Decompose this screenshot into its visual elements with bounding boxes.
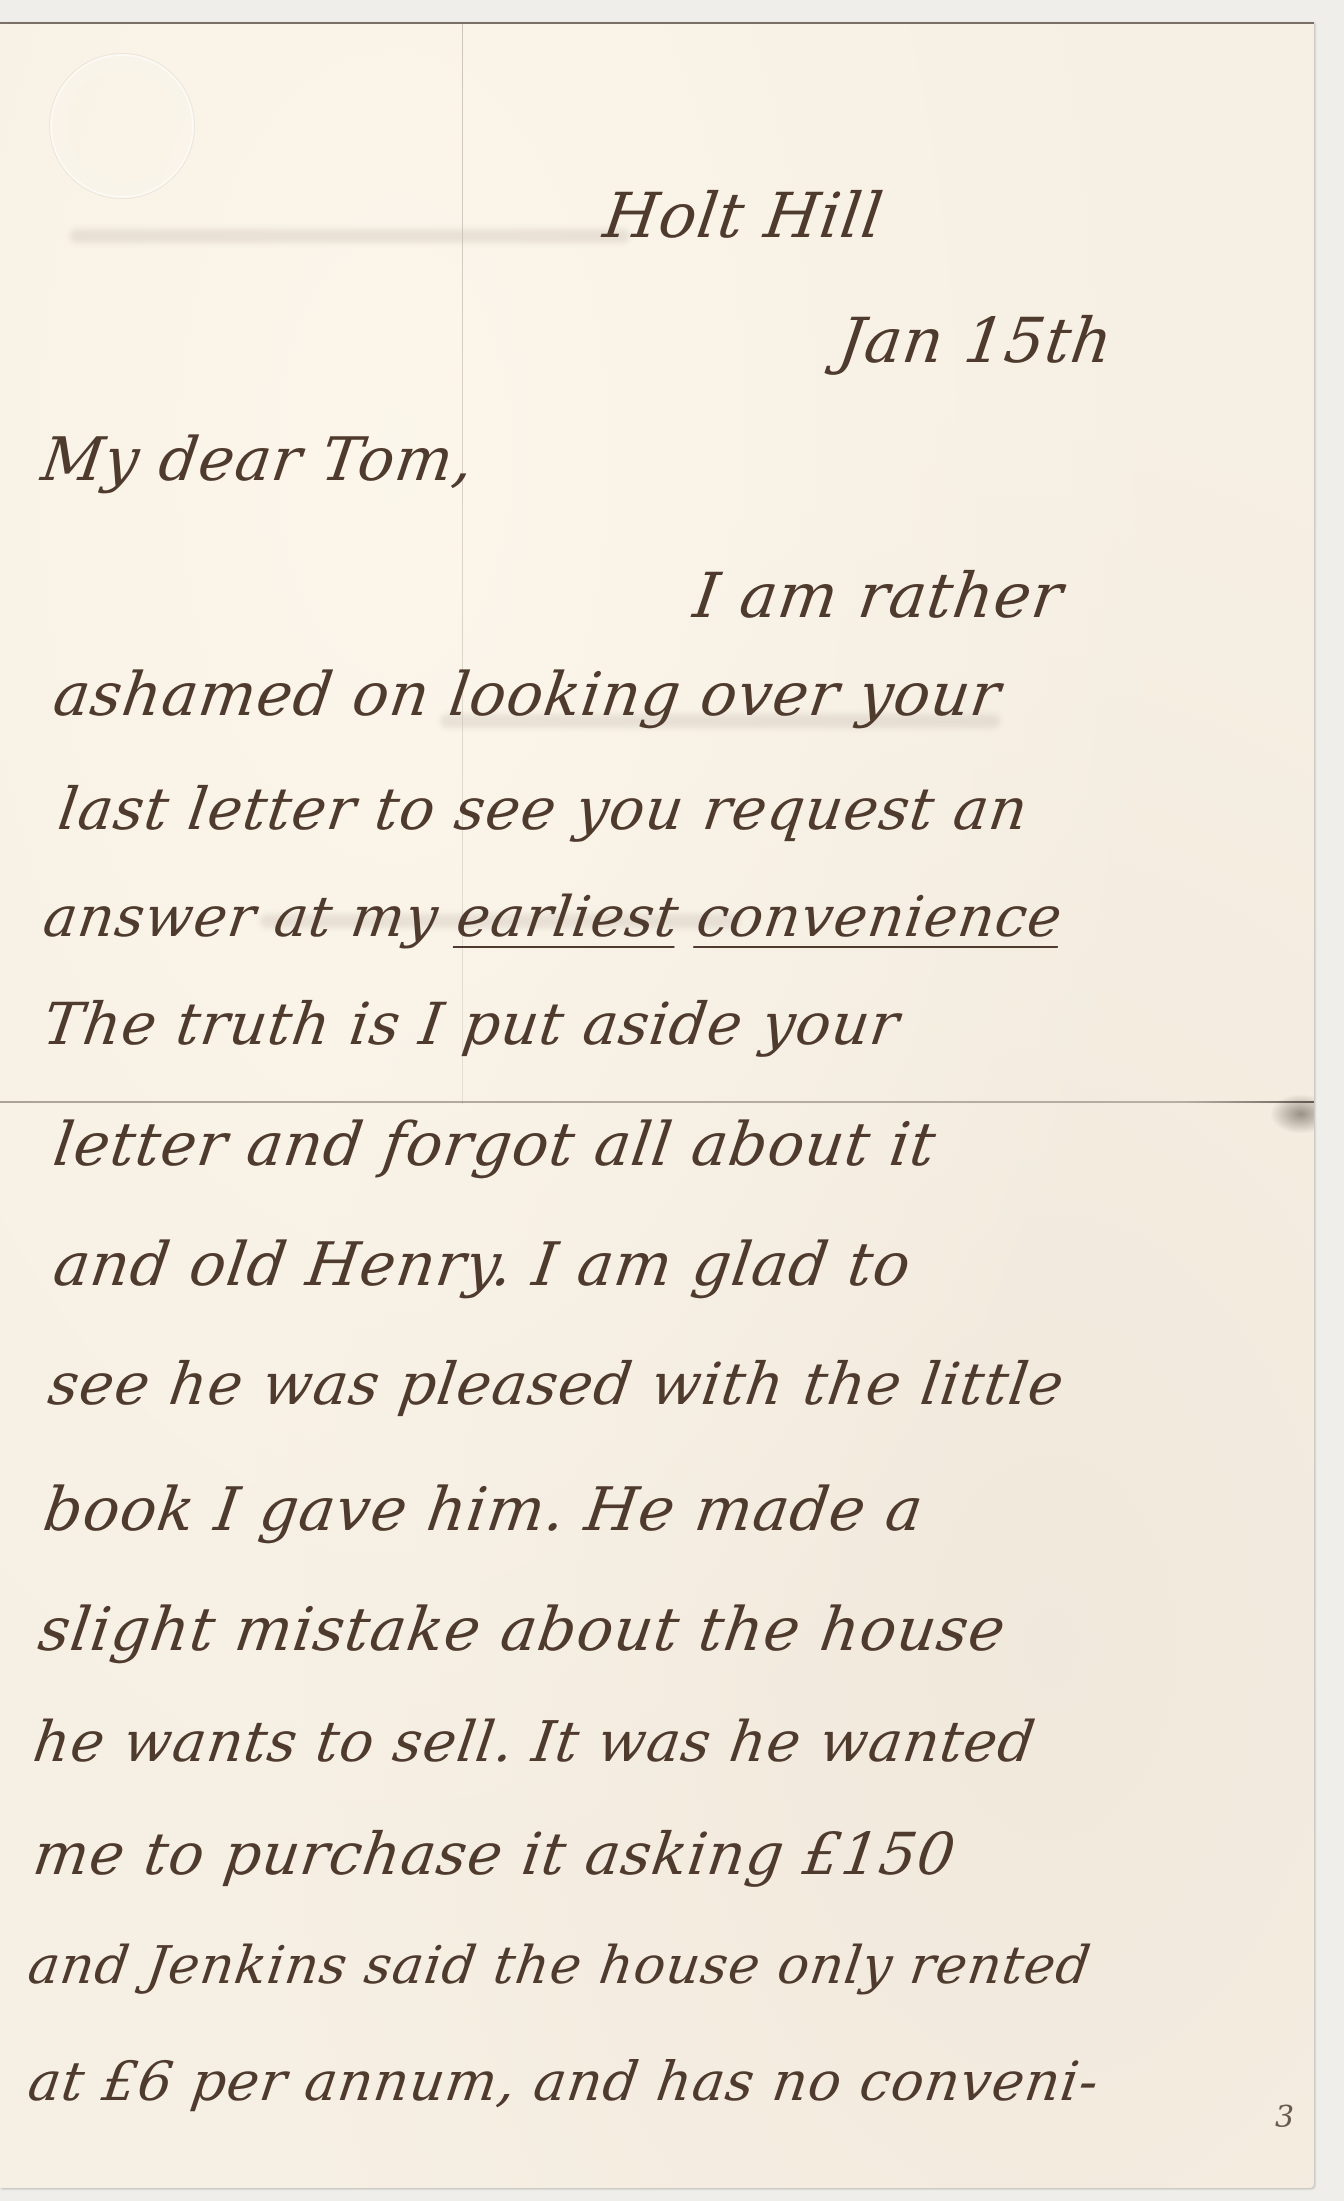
letter-line-3: last letter to see you request an bbox=[55, 780, 1032, 838]
letter-line-6: letter and forgot all about it bbox=[50, 1115, 940, 1175]
embossed-stamp bbox=[50, 54, 194, 198]
page-number-mark: 3 bbox=[1275, 2100, 1294, 2135]
paper-crease bbox=[70, 229, 630, 243]
letter-date: Jan 15th bbox=[835, 310, 1117, 372]
letter-line-13: and Jenkins said the house only rented bbox=[25, 1940, 1094, 1992]
underlined-word: convenience bbox=[693, 885, 1067, 950]
letter-line-8: see he was pleased with the little bbox=[45, 1355, 1068, 1413]
letter-line-4-text: answer at my earliest convenience bbox=[39, 885, 1066, 950]
underlined-word: earliest bbox=[453, 885, 684, 950]
letter-line-14: at £6 per annum, and has no conveni- bbox=[25, 2055, 1102, 2109]
letter-place: Holt Hill bbox=[600, 185, 887, 247]
letter-line-11: he wants to sell. It was he wanted bbox=[30, 1715, 1039, 1771]
fold-stain bbox=[1270, 1094, 1314, 1134]
letter-line-5: The truth is I put aside your bbox=[40, 995, 903, 1053]
letter-line-10: slight mistake about the house bbox=[35, 1600, 1010, 1660]
letter-line-12: me to purchase it asking £150 bbox=[30, 1825, 960, 1883]
letter-line-9: book I gave him. He made a bbox=[40, 1480, 927, 1540]
letter-line-1: I am rather bbox=[690, 565, 1067, 627]
letter-line-2: ashamed on looking over your bbox=[50, 665, 1005, 725]
letter-line-4: answer at my earliest convenience bbox=[40, 890, 1066, 946]
letter-line-7: and old Henry. I am glad to bbox=[50, 1235, 915, 1295]
letter-salutation: My dear Tom, bbox=[38, 430, 478, 490]
horizontal-fold-line bbox=[0, 1101, 1314, 1103]
